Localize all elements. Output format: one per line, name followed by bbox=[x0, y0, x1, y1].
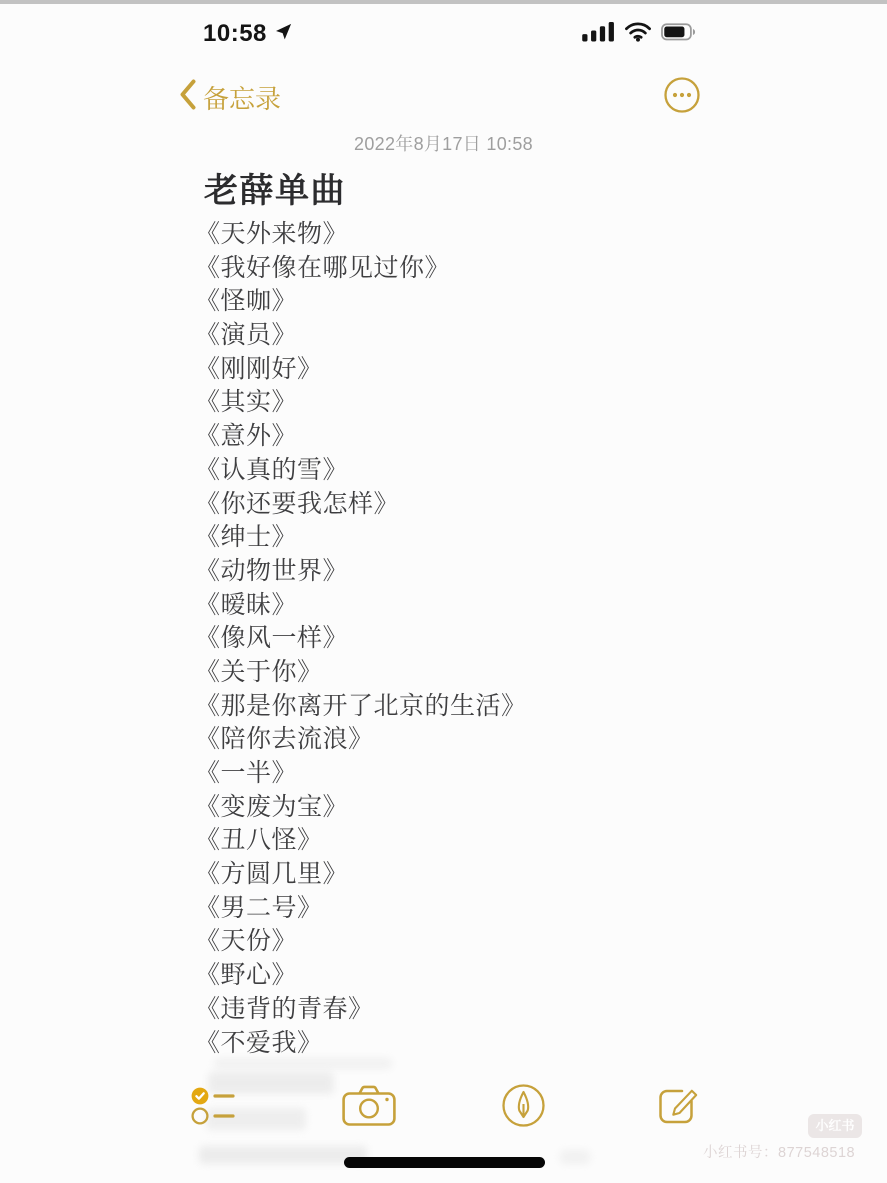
song-line: 《关于你》 bbox=[195, 656, 527, 690]
song-line: 《暧昧》 bbox=[195, 589, 527, 623]
song-line: 《变废为宝》 bbox=[195, 791, 527, 825]
song-line: 《意外》 bbox=[195, 420, 527, 454]
watermark-account: 小红书号：877548518 bbox=[703, 1141, 855, 1162]
camera-button[interactable] bbox=[340, 1082, 398, 1132]
song-line: 《男二号》 bbox=[195, 892, 527, 926]
song-line: 《天外来物》 bbox=[195, 218, 527, 252]
song-line: 《绅士》 bbox=[195, 521, 527, 555]
more-button[interactable] bbox=[662, 75, 702, 120]
bottom-toolbar bbox=[186, 1082, 706, 1132]
markup-button[interactable] bbox=[494, 1082, 552, 1132]
note-title: 老薛单曲 bbox=[204, 163, 346, 212]
song-line: 《丑八怪》 bbox=[195, 824, 527, 858]
markup-icon bbox=[501, 1083, 546, 1131]
location-icon bbox=[274, 22, 293, 46]
song-line: 《违背的青春》 bbox=[195, 993, 527, 1027]
song-line: 《其实》 bbox=[195, 386, 527, 420]
song-line: 《刚刚好》 bbox=[195, 353, 527, 387]
status-left: 10:58 bbox=[203, 20, 293, 48]
faded-note-line bbox=[560, 1150, 590, 1164]
battery-icon bbox=[661, 23, 697, 46]
song-line: 《演员》 bbox=[195, 319, 527, 353]
status-right bbox=[582, 21, 697, 47]
back-button[interactable]: 备忘录 bbox=[179, 79, 281, 116]
cellular-signal-icon bbox=[582, 21, 615, 47]
song-line: 《动物世界》 bbox=[195, 555, 527, 589]
song-line: 《那是你离开了北京的生活》 bbox=[195, 690, 527, 724]
song-line: 《一半》 bbox=[195, 757, 527, 791]
status-bar: 10:58 bbox=[203, 17, 697, 51]
song-line: 《像风一样》 bbox=[195, 622, 527, 656]
back-button-label: 备忘录 bbox=[203, 79, 281, 116]
home-indicator[interactable] bbox=[344, 1157, 545, 1168]
camera-icon bbox=[342, 1085, 396, 1130]
song-line: 《陪你去流浪》 bbox=[195, 723, 527, 757]
song-line: 《你还要我怎样》 bbox=[195, 488, 527, 522]
song-list: 《天外来物》《我好像在哪见过你》《怪咖》《演员》《刚刚好》《其实》《意外》《认真… bbox=[195, 218, 527, 1060]
song-line: 《不爱我》 bbox=[195, 1027, 527, 1061]
checklist-icon bbox=[190, 1085, 240, 1130]
back-chevron-icon bbox=[179, 79, 196, 115]
song-line: 《野心》 bbox=[195, 959, 527, 993]
photo-top-edge bbox=[0, 0, 887, 4]
faded-note-line bbox=[199, 1146, 367, 1164]
song-line: 《认真的雪》 bbox=[195, 454, 527, 488]
song-line: 《天份》 bbox=[195, 925, 527, 959]
wifi-icon bbox=[624, 22, 652, 47]
ellipsis-circle-icon bbox=[662, 75, 702, 120]
song-line: 《我好像在哪见过你》 bbox=[195, 252, 527, 286]
note-date: 2022年8月17日 10:58 bbox=[0, 130, 887, 156]
compose-icon bbox=[654, 1082, 701, 1132]
song-line: 《方圆几里》 bbox=[195, 858, 527, 892]
status-time: 10:58 bbox=[203, 20, 267, 48]
compose-button[interactable] bbox=[648, 1082, 706, 1132]
watermark-badge: 小红书 bbox=[808, 1114, 862, 1138]
song-line: 《怪咖》 bbox=[195, 285, 527, 319]
checklist-button[interactable] bbox=[186, 1082, 244, 1132]
nav-bar: 备忘录 bbox=[179, 76, 702, 118]
faded-note-line bbox=[214, 1058, 392, 1069]
